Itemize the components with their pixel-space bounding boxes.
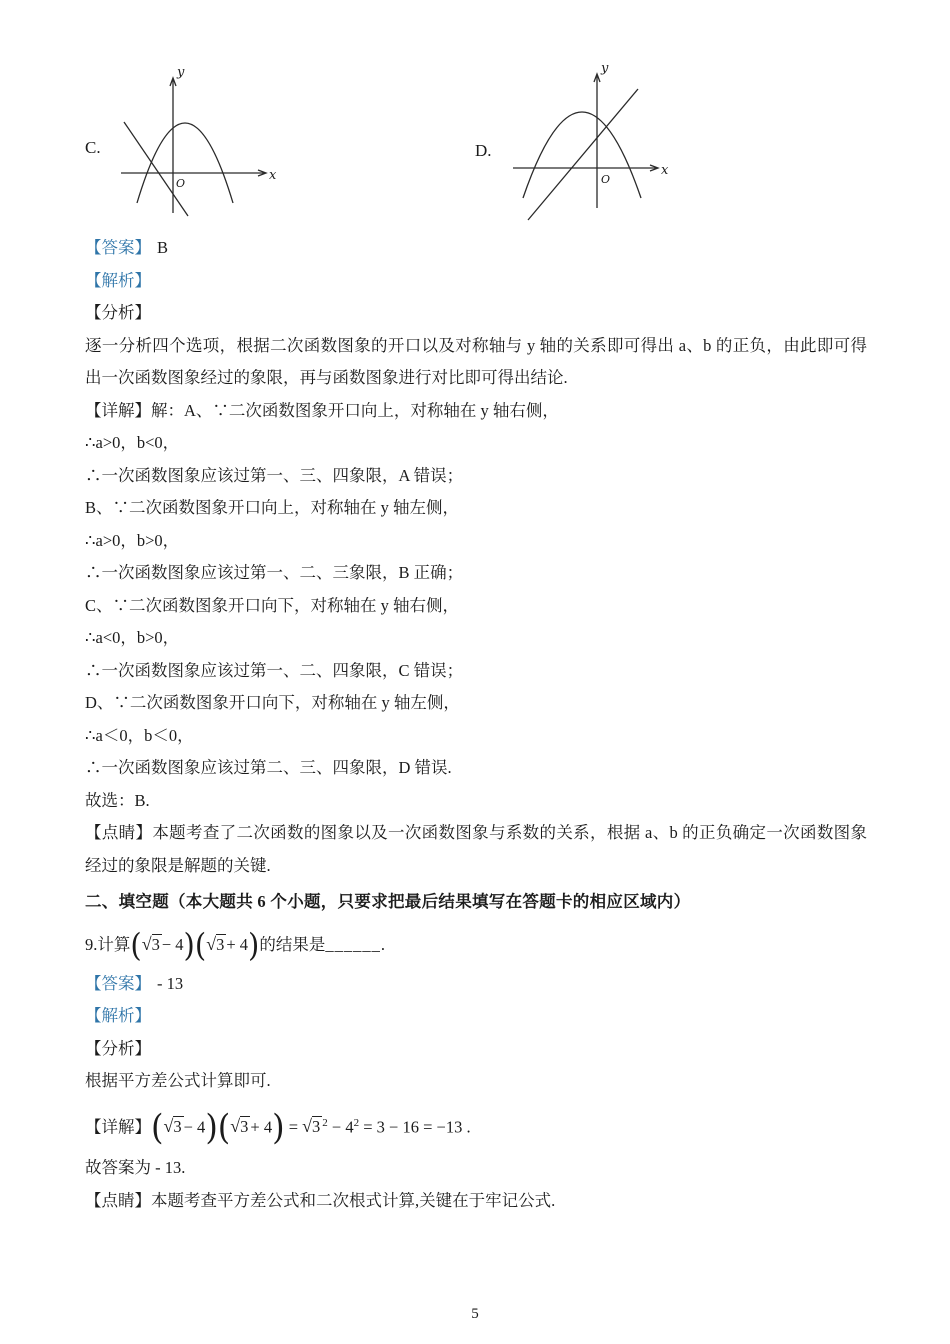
lparen: ( [195, 920, 206, 970]
q8-detail-line: ∴a＜0，b＜0， [85, 720, 867, 753]
jiexi-label: 【解析】 [85, 1006, 151, 1025]
fenxi-label: 【分析】 [85, 303, 151, 322]
answer-label: 【答案】 [85, 238, 151, 257]
q8-answer-line: 【答案】B [85, 232, 867, 265]
option-c-label: C. [85, 138, 101, 158]
q8-detail-line: ∴一次函数图象应该过第一、二、四象限，C 错误； [85, 655, 867, 688]
solution-content: 【答案】B 【解析】 【分析】 逐一分析四个选项，根据二次函数图象的开口以及对称… [85, 232, 867, 1217]
q8-conclusion-line: 故选：B. [85, 785, 867, 818]
answer-label: 【答案】 [85, 974, 151, 993]
option-figures: C. y x O D. y x O [0, 0, 950, 232]
q9-question-line: 9.计算(√3− 4)(√3+ 4)的结果是______. [85, 921, 867, 968]
sqrt-3: √3 [163, 1117, 183, 1136]
line-curve [528, 89, 638, 220]
origin-label: O [176, 177, 185, 190]
rparen: ) [248, 920, 259, 970]
answer-value: B [157, 238, 168, 257]
exponent: 2 [354, 1117, 360, 1129]
detail-label: 【详解】 [85, 1117, 151, 1136]
q9-detail-line: 【详解】(√3− 4)(√3+ 4) = √32 − 42 = 3 − 16 =… [85, 1098, 867, 1153]
line-curve [124, 122, 188, 216]
q8-fenxi-line: 【分析】 [85, 297, 867, 330]
x-axis-label: x [661, 163, 669, 178]
q8-detail-line: ∴一次函数图象应该过第一、二、三象限，B 正确； [85, 557, 867, 590]
option-c-graph: y x O [118, 60, 280, 220]
q8-detail-line: ∴a>0，b<0， [85, 427, 867, 460]
q8-detail-line: ∴一次函数图象应该过第一、三、四象限，A 错误； [85, 460, 867, 493]
sqrt-3: √3 [142, 935, 162, 954]
lparen: ( [151, 1100, 163, 1154]
lparen: ( [130, 920, 141, 970]
fenxi-label: 【分析】 [85, 1039, 151, 1058]
q8-keypoint-text: 【点睛】本题考查了二次函数的图象以及一次函数图象与系数的关系，根据 a、b 的正… [85, 817, 867, 882]
rparen: ) [184, 920, 195, 970]
formula-tail: = 3 − 16 = −13 [363, 1117, 462, 1136]
operand: − 4 [162, 935, 184, 954]
operand: − 4 [184, 1117, 206, 1136]
operand: + 4 [226, 935, 248, 954]
rparen: ) [272, 1100, 284, 1154]
sqrt-3: √3 [230, 1117, 250, 1136]
q9-question-suffix: 的结果是 [259, 935, 325, 954]
q8-detail-line: ∴一次函数图象应该过第二、三、四象限，D 错误. [85, 752, 867, 785]
y-axis-label: y [600, 61, 609, 76]
q9-question-prefix: 9.计算 [85, 935, 130, 954]
q9-answer-line: 【答案】- 13 [85, 968, 867, 1001]
y-axis-label: y [176, 65, 185, 80]
q8-detail-line: ∴a<0，b>0， [85, 622, 867, 655]
q8-detail-line: C、∵二次函数图象开口向下，对称轴在 y 轴右侧， [85, 590, 867, 623]
q8-detail-line: ∴a>0，b>0， [85, 525, 867, 558]
q9-conclusion-line: 故答案为 - 13. [85, 1152, 867, 1185]
q8-detail-line: D、∵二次函数图象开口向下，对称轴在 y 轴左侧， [85, 687, 867, 720]
q9-jiexi-line: 【解析】 [85, 1000, 867, 1033]
equals-sign: = [289, 1117, 298, 1136]
option-d-graph: y x O [505, 53, 673, 225]
x-axis-label: x [269, 168, 277, 183]
section-heading: 二、填空题（本大题共 6 个小题，只要求把最后结果填写在答题卡的相应区域内） [85, 886, 867, 919]
q8-detail-line: B、∵二次函数图象开口向上，对称轴在 y 轴左侧， [85, 492, 867, 525]
period: . [462, 1117, 470, 1136]
answer-value: - 13 [157, 974, 183, 993]
document-page: C. y x O D. y x O 【答案】B 【解析】 [0, 0, 950, 1344]
sqrt-3-squared: √3 [302, 1117, 322, 1136]
operand: − 4 [332, 1117, 354, 1136]
option-d-label: D. [475, 141, 492, 161]
operand: + 4 [250, 1117, 272, 1136]
page-number: 5 [0, 1306, 950, 1323]
lparen: ( [218, 1100, 230, 1154]
rparen: ) [205, 1100, 217, 1154]
jiexi-label: 【解析】 [85, 271, 151, 290]
origin-label: O [601, 173, 610, 186]
answer-blank: ______. [325, 935, 386, 954]
exponent: 2 [322, 1117, 328, 1129]
sqrt-3: √3 [206, 935, 226, 954]
q8-detail-line: 【详解】解：A、∵二次函数图象开口向上，对称轴在 y 轴右侧， [85, 395, 867, 428]
q9-fenxi-line: 【分析】 [85, 1033, 867, 1066]
q9-keypoint-text: 【点睛】本题考查平方差公式和二次根式计算,关键在于牢记公式. [85, 1185, 867, 1218]
q9-analysis-text: 根据平方差公式计算即可. [85, 1065, 867, 1098]
q8-jiexi-line: 【解析】 [85, 265, 867, 298]
q8-analysis-text: 逐一分析四个选项，根据二次函数图象的开口以及对称轴与 y 轴的关系即可得出 a、… [85, 330, 867, 395]
